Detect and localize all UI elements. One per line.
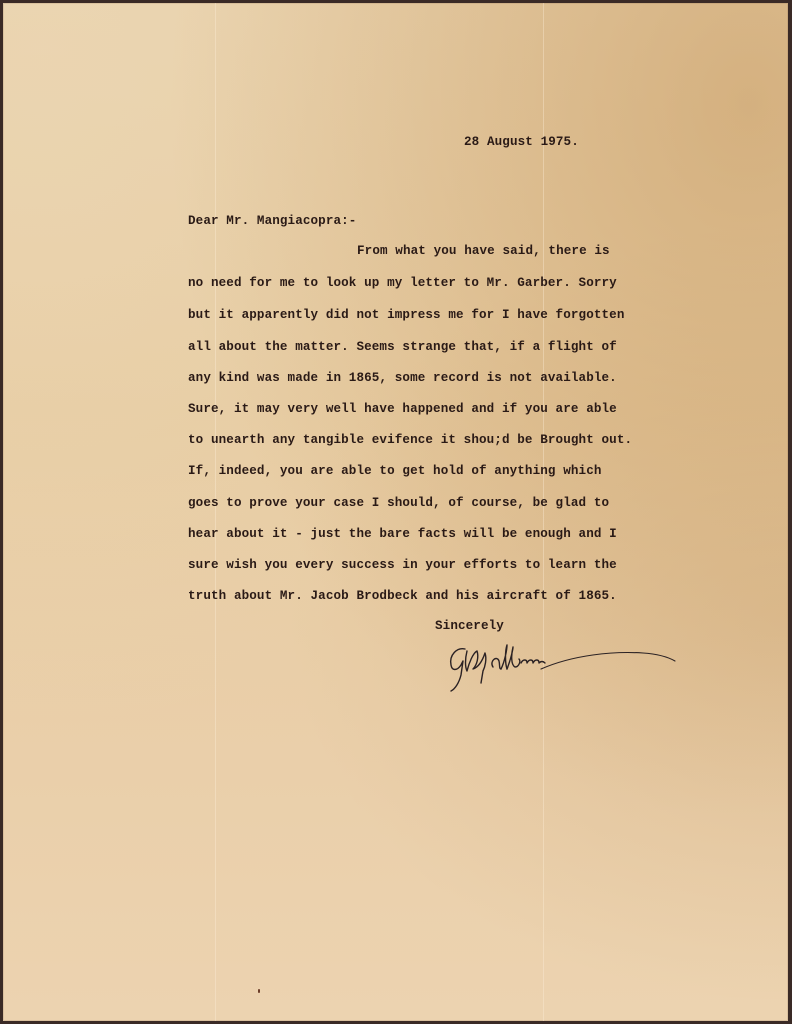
paper-fold-line [215,3,216,1021]
body-line: From what you have said, there is [357,245,610,258]
signature-icon [443,639,683,695]
paper-speck [258,989,260,993]
body-line: If, indeed, you are able to get hold of … [188,465,602,478]
body-line: Sure, it may very well have happened and… [188,403,617,416]
body-line: sure wish you every success in your effo… [188,559,617,572]
paper-fold-line [543,3,544,1021]
scan-frame: 28 August 1975. Dear Mr. Mangiacopra:- F… [0,0,792,1024]
body-line: truth about Mr. Jacob Brodbeck and his a… [188,590,617,603]
body-line: hear about it - just the bare facts will… [188,528,617,541]
closing: Sincerely [435,620,504,633]
body-line: no need for me to look up my letter to M… [188,277,617,290]
body-line: any kind was made in 1865, some record i… [188,372,617,385]
salutation: Dear Mr. Mangiacopra:- [188,215,356,228]
body-line: but it apparently did not impress me for… [188,309,624,322]
letter-date: 28 August 1975. [464,136,579,149]
body-line: all about the matter. Seems strange that… [188,341,617,354]
letter-page: 28 August 1975. Dear Mr. Mangiacopra:- F… [3,3,788,1021]
body-line: to unearth any tangible evifence it shou… [188,434,632,447]
body-line: goes to prove your case I should, of cou… [188,497,609,510]
